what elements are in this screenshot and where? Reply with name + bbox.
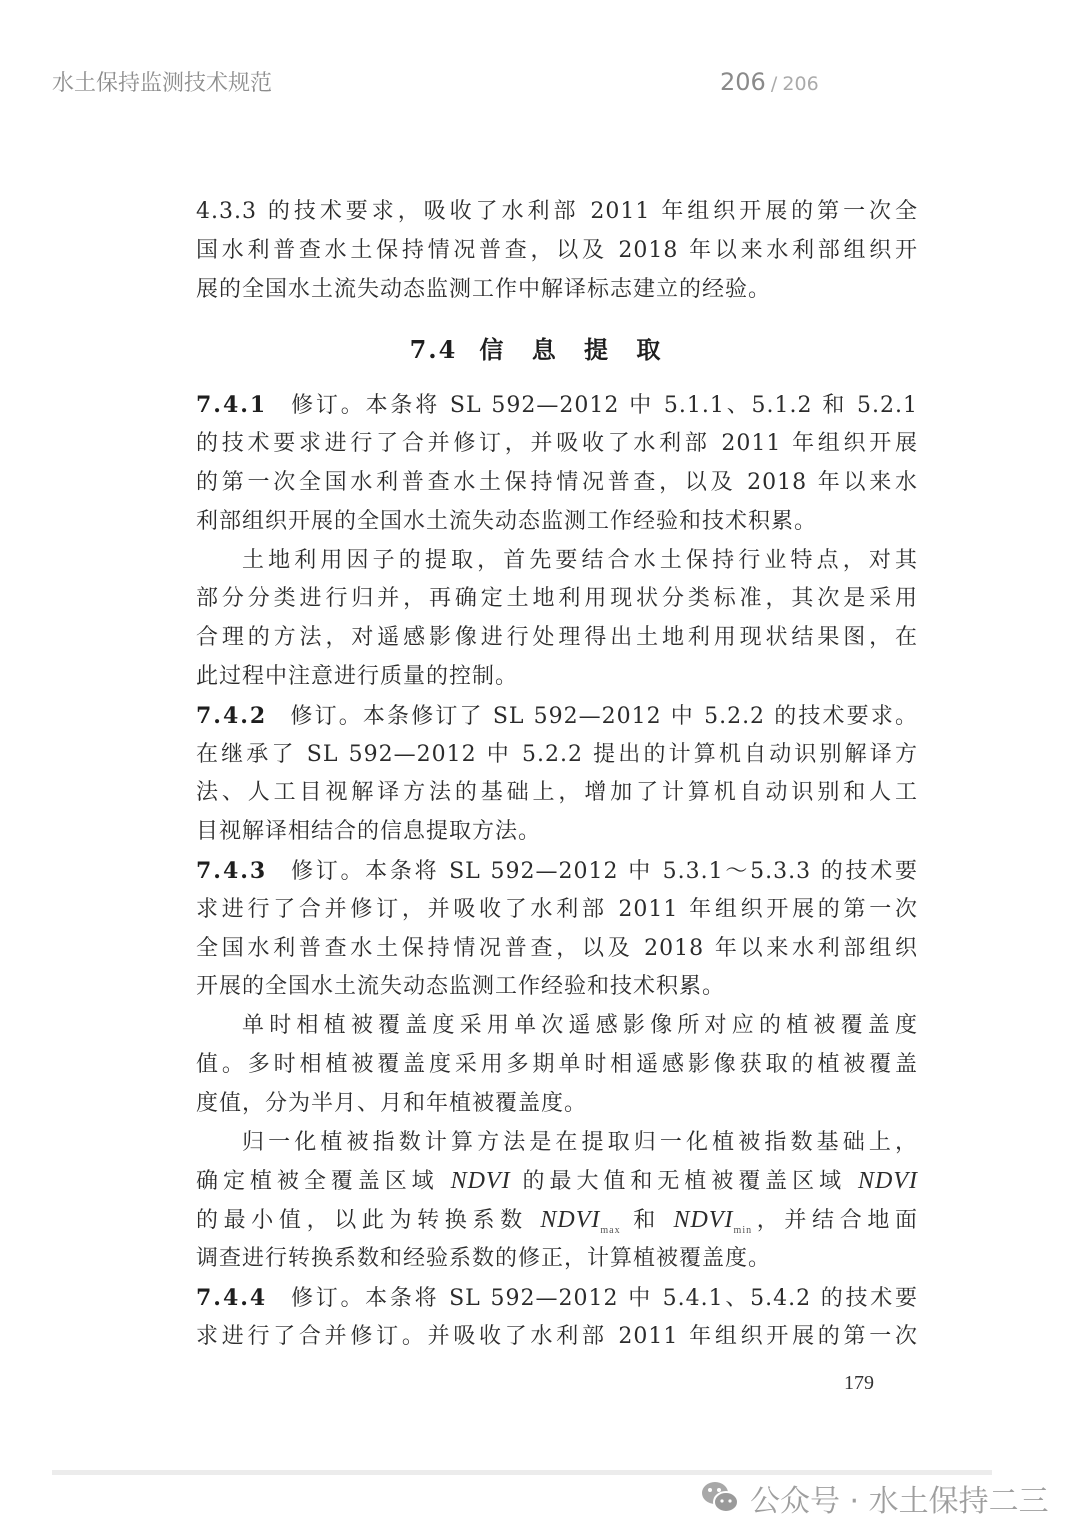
text-line: 此过程中注意进行质量的控制。 (196, 658, 918, 697)
text-line: 求进行了合并修订，并吸收了水利部 2011 年组织开展的第一次 (196, 891, 918, 930)
subscript-max: max (600, 1225, 620, 1236)
wechat-icon (700, 1478, 740, 1518)
text-line: 目视解译相结合的信息提取方法。 (196, 813, 918, 852)
text-line: 在继承了 SL 592—2012 中 5.2.2 提出的计算机自动识别解译方 (196, 736, 918, 775)
text-line: 全国水利普查水土保持情况普查，以及 2018 年以来水利部组织 (196, 930, 918, 969)
watermark-text: 公众号 · 水土保持二三 (750, 1476, 1049, 1520)
text-line: 展的全国水土流失动态监测工作中解译标志建立的经验。 (196, 271, 918, 310)
text-line: 值。多时相植被覆盖度采用多期单时相遥感影像获取的植被覆盖 (196, 1046, 918, 1085)
text-line: 单时相植被覆盖度采用单次遥感影像所对应的植被覆盖度 (196, 1007, 918, 1046)
text-line: 的第一次全国水利普查水土保持情况普查，以及 2018 年以来水 (196, 464, 918, 503)
total-pages: 206 (782, 73, 818, 95)
text-line: 度值，分为半月、月和年植被覆盖度。 (196, 1085, 918, 1124)
section-title: 信 息 提 取 (479, 335, 670, 364)
text-line: 利部组织开展的全国水土流失动态监测工作经验和技术积累。 (196, 503, 918, 542)
text-line: 部分分类进行归并，再确定土地利用现状分类标准，其次是采用 (196, 580, 918, 619)
clause-7-4-3: 7.4.3修订。本条将 SL 592—2012 中 5.3.1～5.3.3 的技… (196, 852, 918, 891)
text-line: 确定植被全覆盖区域 NDVI 的最大值和无植被覆盖区域 NDVI (196, 1162, 918, 1201)
text-line: 4.3.3 的技术要求，吸收了水利部 2011 年组织开展的第一次全 (196, 193, 918, 232)
ndvi-term: NDVI (451, 1168, 511, 1194)
text-line: 的最小值，以此为转换系数 NDVImax 和 NDVImin，并结合地面 (196, 1201, 918, 1240)
text-line: 归一化植被指数计算方法是在提取归一化植被指数基础上， (196, 1124, 918, 1163)
clause-7-4-1: 7.4.1修订。本条将 SL 592—2012 中 5.1.1、5.1.2 和 … (196, 386, 918, 425)
page-number: 179 (844, 1372, 874, 1395)
subscript-min: min (734, 1225, 753, 1236)
text-line: 的技术要求进行了合并修订，并吸收了水利部 2011 年组织开展 (196, 425, 918, 464)
text-line: 法、人工目视解译方法的基础上，增加了计算机自动识别和人工 (196, 774, 918, 813)
section-number: 7.4 (410, 335, 458, 364)
text-line: 合理的方法，对遥感影像进行处理得出土地利用现状结果图，在 (196, 619, 918, 658)
current-page: 206 (720, 68, 766, 96)
text-line: 调查进行转换系数和经验系数的修正，计算植被覆盖度。 (196, 1240, 918, 1279)
page-counter: 206 / 206 (720, 68, 819, 96)
clause-number: 7.4.3 (196, 858, 267, 884)
clause-number: 7.4.1 (196, 392, 267, 418)
clause-number: 7.4.4 (196, 1285, 267, 1311)
section-heading: 7.4信 息 提 取 (0, 330, 1080, 365)
document-title: 水土保持监测技术规范 (52, 66, 272, 97)
page-body: 4.3.3 的技术要求，吸收了水利部 2011 年组织开展的第一次全 国水利普查… (196, 193, 918, 1356)
clause-number: 7.4.2 (196, 703, 267, 729)
text-line: 土地利用因子的提取，首先要结合水土保持行业特点，对其 (196, 542, 918, 581)
text-line: 开展的全国水土流失动态监测工作经验和技术积累。 (196, 968, 918, 1007)
clause-7-4-4: 7.4.4修订。本条将 SL 592—2012 中 5.4.1、5.4.2 的技… (196, 1279, 918, 1318)
page-separator: / (771, 73, 777, 95)
clause-7-4-2: 7.4.2修订。本条修订了 SL 592—2012 中 5.2.2 的技术要求。 (196, 697, 918, 736)
ndvi-term: NDVI (858, 1168, 918, 1194)
text-line: 国水利普查水土保持情况普查，以及 2018 年以来水利部组织开 (196, 232, 918, 271)
text-line: 求进行了合并修订。并吸收了水利部 2011 年组织开展的第一次 (196, 1318, 918, 1357)
footer-divider (52, 1470, 992, 1475)
watermark: 公众号 · 水土保持二三 (700, 1476, 1049, 1520)
